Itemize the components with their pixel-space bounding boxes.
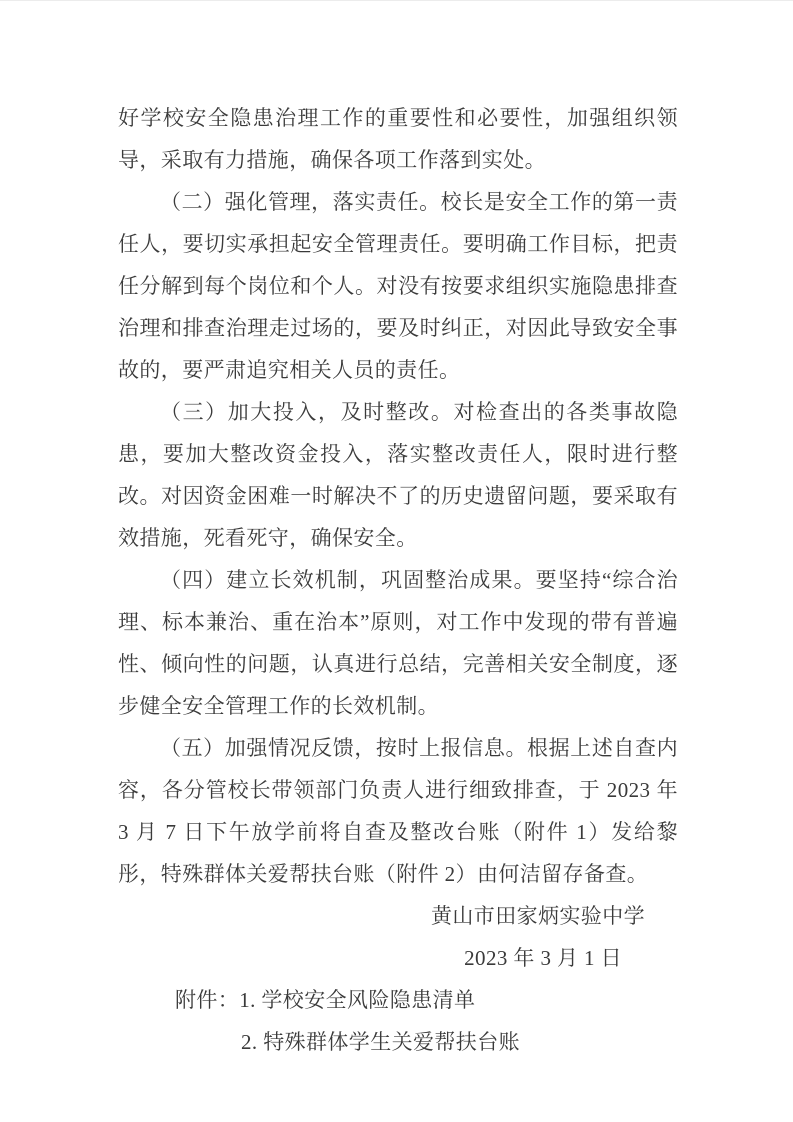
- body-paragraph-continuation: 好学校安全隐患治理工作的重要性和必要性，加强组织领导，采取有力措施，确保各项工作…: [118, 97, 678, 181]
- attachments-label: 附件：: [175, 979, 239, 1021]
- attachment-row-1: 附件： 1. 学校安全风险隐患清单: [175, 979, 678, 1021]
- body-paragraph-item-2: （二）强化管理，落实责任。校长是安全工作的第一责任人，要切实承担起安全管理责任。…: [118, 181, 678, 391]
- attachment-row-2: 2. 特殊群体学生关爱帮扶台账: [175, 1021, 678, 1063]
- attachments-block: 附件： 1. 学校安全风险隐患清单 2. 特殊群体学生关爱帮扶台账: [175, 979, 678, 1063]
- body-paragraph-item-5: （五）加强情况反馈，按时上报信息。根据上述自查内容，各分管校长带领部门负责人进行…: [118, 727, 678, 895]
- attachment-item-1: 1. 学校安全风险隐患清单: [239, 979, 475, 1021]
- signature-date: 2023 年 3 月 1 日: [118, 937, 678, 979]
- attachment-item-2: 2. 特殊群体学生关爱帮扶台账: [241, 1021, 520, 1063]
- signature-school-name: 黄山市田家炳实验中学: [118, 895, 678, 937]
- body-paragraph-item-3: （三）加大投入，及时整改。对检查出的各类事故隐患，要加大整改资金投入，落实整改责…: [118, 391, 678, 559]
- body-paragraph-item-4: （四）建立长效机制，巩固整治成果。要坚持“综合治理、标本兼治、重在治本”原则，对…: [118, 559, 678, 727]
- document-page: 好学校安全隐患治理工作的重要性和必要性，加强组织领导，采取有力措施，确保各项工作…: [0, 0, 793, 1122]
